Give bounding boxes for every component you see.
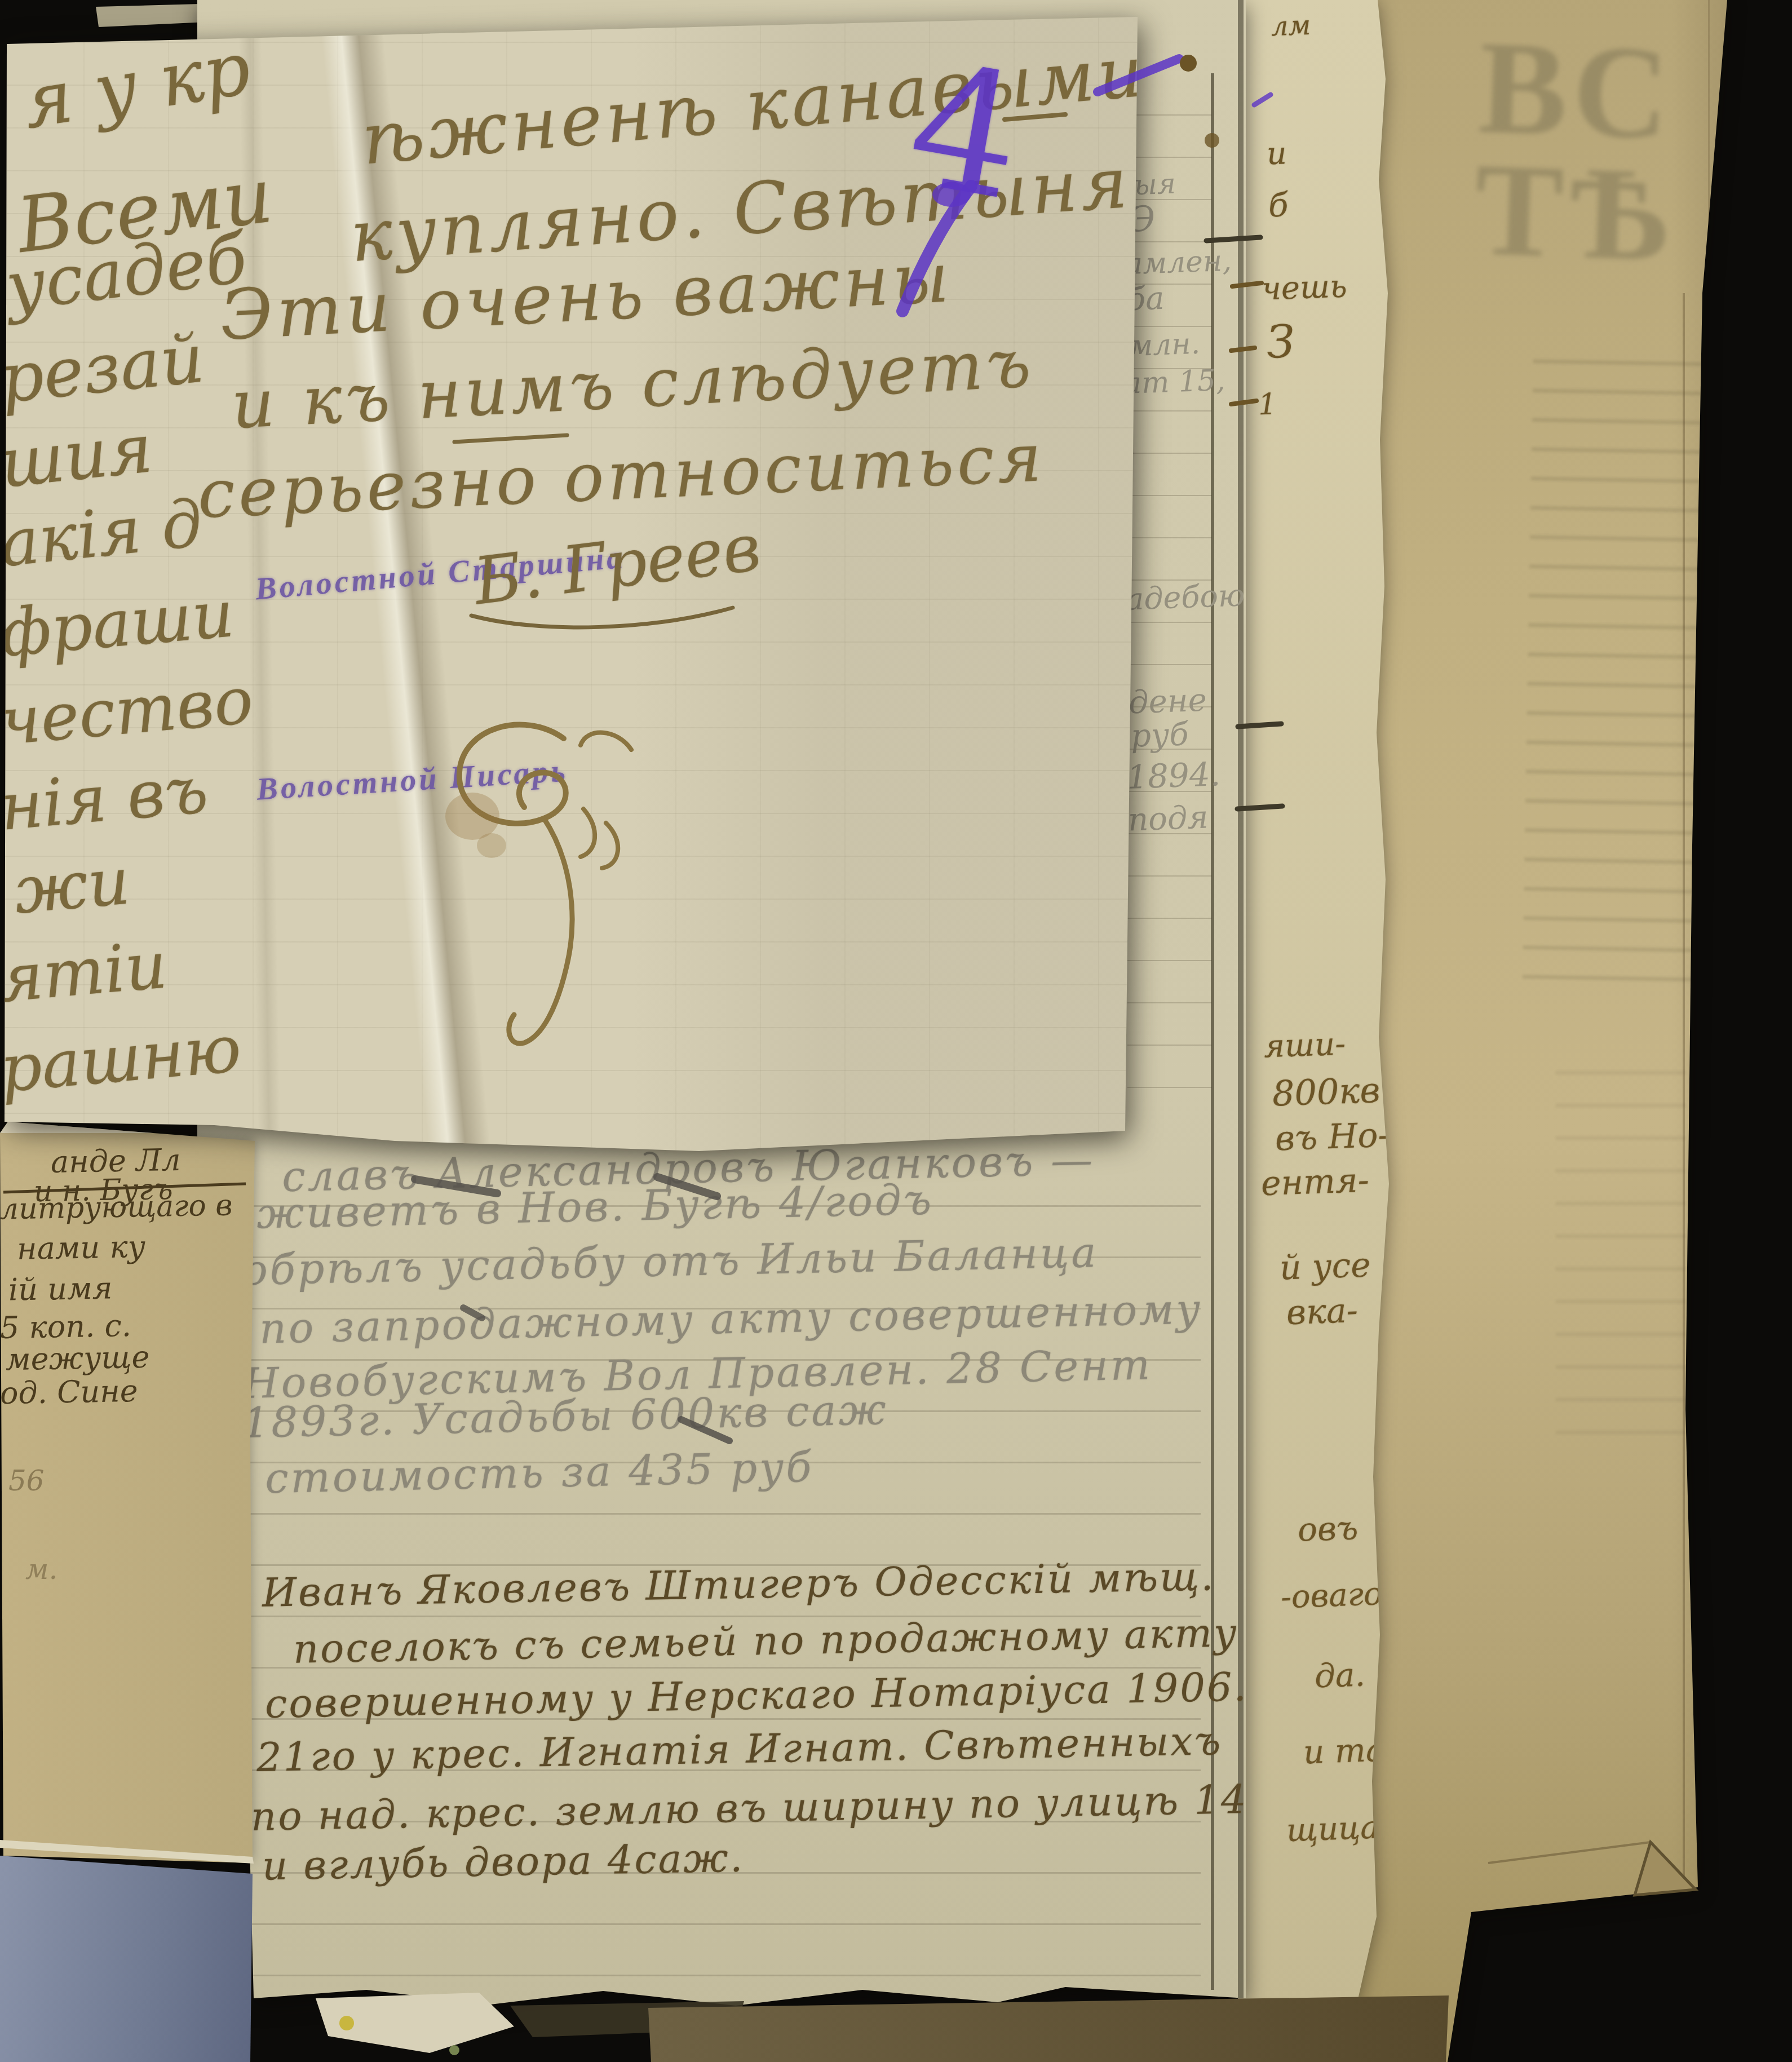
strip-dash <box>1231 401 1256 404</box>
pencil-strike <box>415 1179 497 1193</box>
line1-trailing-dash <box>1005 114 1065 120</box>
purple-tick-small <box>1254 95 1271 105</box>
fragment-underline <box>3 1184 246 1192</box>
line5-overbar <box>454 435 567 442</box>
clerk-signature-curl-1 <box>581 809 595 857</box>
clerk-signature-curl-top <box>581 733 631 750</box>
purple-tick-mark <box>1098 59 1179 92</box>
pencil-strike <box>657 1177 717 1196</box>
margin-dash <box>1237 806 1282 809</box>
ink-stain <box>445 793 499 840</box>
archival-photo-canvas: ВСТѢ лм и б чешь З 1 яши- 800кв. въ Но- … <box>0 0 1792 2062</box>
pencil-strike <box>463 1308 482 1318</box>
folio-mark-blob <box>932 182 971 207</box>
kraft-fold-flap <box>1635 1842 1696 1895</box>
clerk-signature-descender <box>509 818 572 1043</box>
handwriting-overlay <box>0 0 1792 2062</box>
kraft-fold-crease <box>1488 1842 1651 1863</box>
strip-dash <box>1231 348 1255 351</box>
ink-blob <box>1205 133 1219 148</box>
ink-blob <box>1180 55 1197 72</box>
clerk-signature-curl-2 <box>602 823 618 868</box>
margin-dash <box>1238 724 1281 727</box>
elder-signature-flourish <box>471 608 733 627</box>
margin-dash <box>1206 237 1260 241</box>
ink-stain-small <box>477 833 506 858</box>
pencil-strike <box>681 1419 729 1441</box>
strip-dash <box>1232 283 1262 286</box>
